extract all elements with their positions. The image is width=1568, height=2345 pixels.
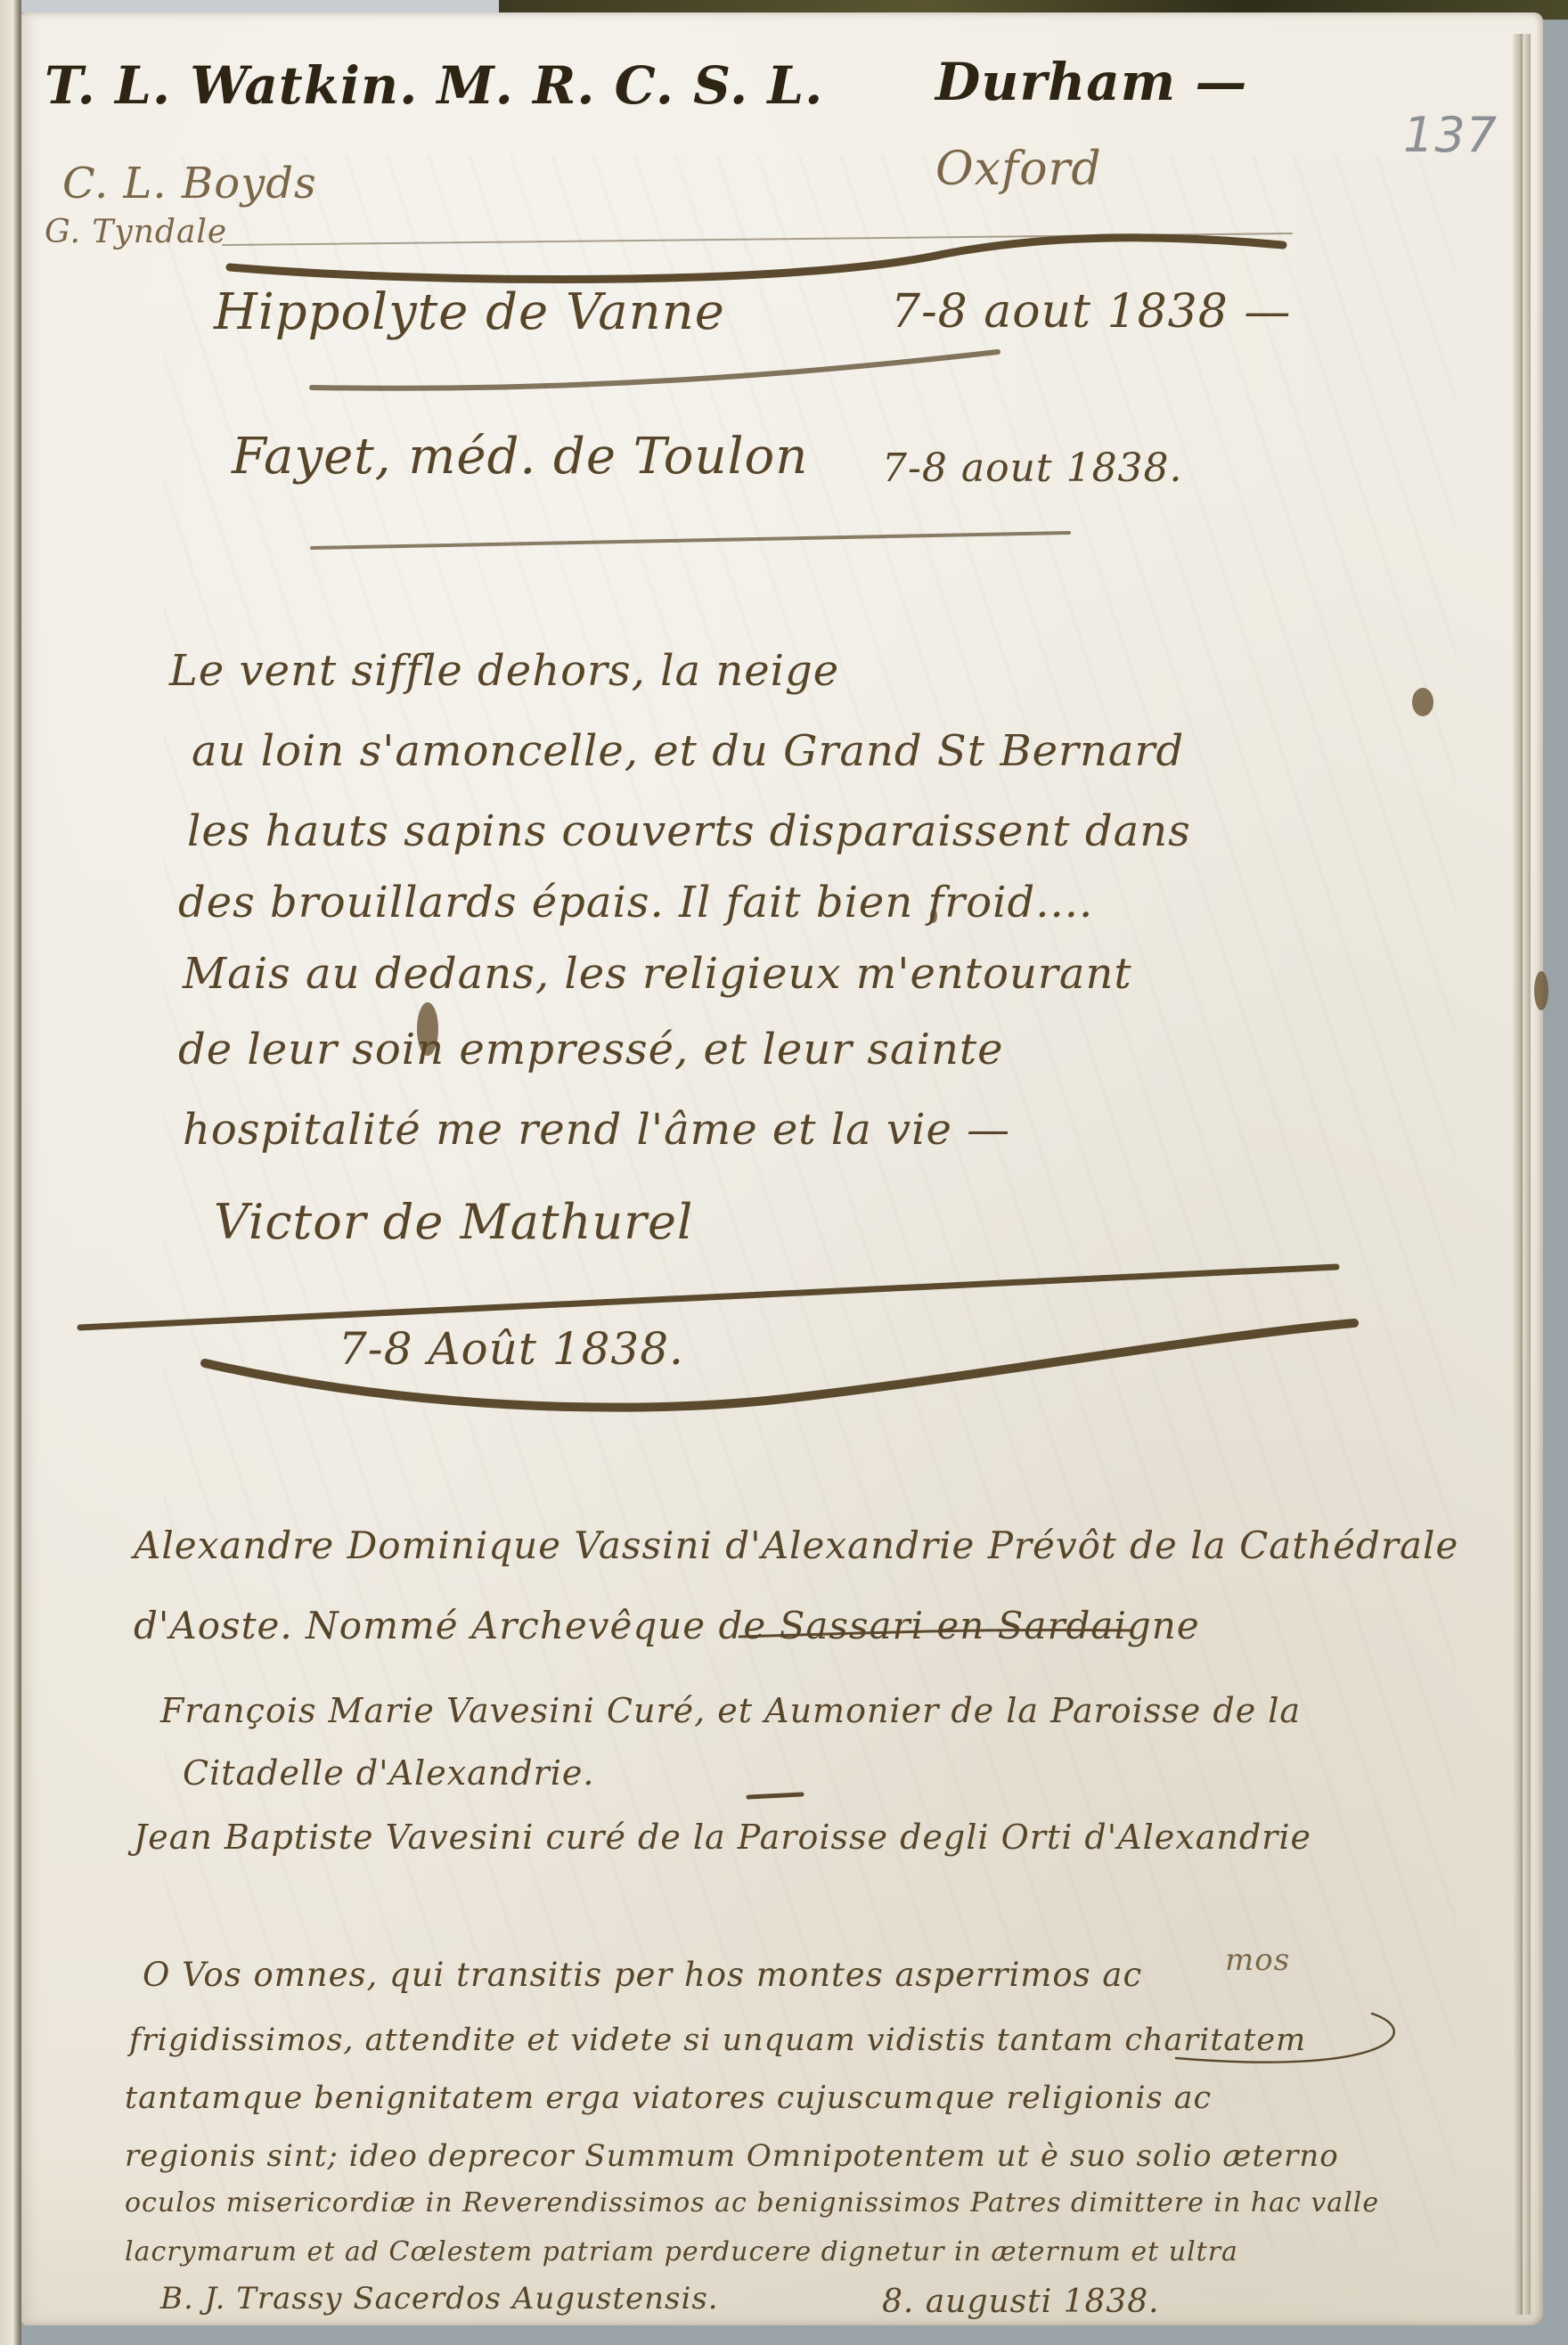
entry-fayet-name: Fayet, méd. de Toulon <box>232 428 808 486</box>
latin-date: 8. augusti 1838. <box>882 2284 1160 2320</box>
vassini-line-4: Citadelle d'Alexandrie. <box>183 1753 594 1793</box>
poem-line-5: Mais au dedans, les religieux m'entouran… <box>183 949 1132 999</box>
poem-date: 7-8 Août 1838. <box>339 1323 684 1375</box>
facing-page-edge <box>0 0 21 2345</box>
entry-boyds-place: Oxford <box>935 143 1102 196</box>
latin-signature: B. J. Trassy Sacerdos Augustensis. <box>160 2281 719 2316</box>
entry-hippolyte-name: Hippolyte de Vanne <box>214 283 725 341</box>
vassini-line-5: Jean Baptiste Vavesini curé de la Parois… <box>134 1818 1311 1857</box>
poem-line-7: hospitalité me rend l'âme et la vie — <box>183 1105 1010 1155</box>
background-top-left <box>0 0 499 12</box>
latin-line-3: tantamque benignitatem erga viatores cuj… <box>125 2080 1212 2116</box>
latin-line-2: frigidissimos, attendite et videte si un… <box>129 2022 1306 2058</box>
poem-line-6: de leur soin empressé, et leur sainte <box>178 1025 1004 1074</box>
page-number: 137 <box>1403 107 1498 163</box>
entry-watkin-place: Durham — <box>935 52 1247 112</box>
entry-watkin-name: T. L. Watkin. M. R. C. S. L. <box>45 55 823 116</box>
entry-hippolyte-date: 7-8 aout 1838 — <box>891 285 1291 339</box>
entry-fayet-date: 7-8 aout 1838. <box>882 445 1183 491</box>
vassini-line-1: Alexandre Dominique Vassini d'Alexandrie… <box>134 1524 1458 1567</box>
vassini-line-2: d'Aoste. Nommé Archevêque de Sassari en … <box>134 1604 1200 1647</box>
latin-line-1: O Vos omnes, qui transitis per hos monte… <box>143 1956 1142 1994</box>
entry-boyds-name: C. L. Boyds <box>62 159 317 208</box>
vassini-line-3: François Marie Vavesini Curé, et Aumonie… <box>160 1691 1301 1730</box>
latin-line-4: regionis sint; ideo deprecor Summum Omni… <box>125 2138 1339 2174</box>
latin-line-5: oculos misericordiæ in Reverendissimos a… <box>125 2187 1379 2218</box>
poem-signature: Victor de Mathurel <box>214 1194 693 1250</box>
poem-line-1: Le vent siffle dehors, la neige <box>169 646 839 696</box>
poem-line-2: au loin s'amoncelle, et du Grand St Bern… <box>192 726 1184 776</box>
poem-line-4: des brouillards épais. Il fait bien froi… <box>178 878 1093 927</box>
page-edge <box>1513 34 1531 2315</box>
latin-line-6: lacrymarum et ad Cœlestem patriam perduc… <box>125 2236 1238 2267</box>
poem-line-3: les hauts sapins couverts disparaissent … <box>187 806 1191 856</box>
margin-superscript: mos <box>1225 1942 1290 1978</box>
entry-tyndale-name: G. Tyndale <box>45 214 227 250</box>
